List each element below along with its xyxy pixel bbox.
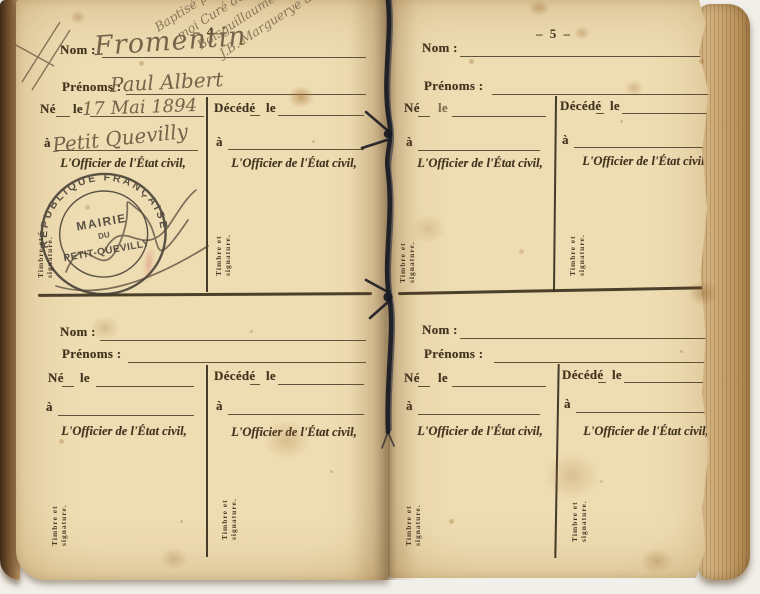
- label-officier: L'Officier de l'État civil,: [216, 425, 372, 440]
- label-officier: L'Officier de l'État civil,: [216, 156, 372, 171]
- page-number-right: – 5 –: [509, 26, 599, 42]
- label-officier: L'Officier de l'État civil,: [402, 156, 558, 171]
- thread-knot: [383, 292, 392, 301]
- form-line: [452, 386, 546, 387]
- label-timbre: Timbre et signature.: [220, 462, 238, 540]
- form-line: [228, 149, 364, 150]
- form-line: [460, 56, 708, 57]
- column-divider: [206, 365, 208, 557]
- label-timbre: Timbre et signature.: [570, 462, 588, 542]
- form-line: [62, 386, 74, 387]
- form-line: [250, 384, 260, 385]
- label-le: le: [266, 100, 276, 116]
- form-line: [492, 94, 708, 95]
- label-officier: L'Officier de l'État civil,: [570, 154, 720, 169]
- scanned-book-spread: – 4 – Nom : Prénoms : Né le à L'Officier…: [0, 0, 752, 584]
- label-a: à: [46, 399, 53, 415]
- form-line: [128, 362, 366, 363]
- label-timbre: Timbre et signature.: [404, 468, 422, 546]
- form-line: [494, 362, 708, 363]
- label-ne: Né: [48, 370, 64, 386]
- label-a: à: [564, 396, 571, 412]
- corner-pen-mark: [8, 16, 78, 96]
- form-line: [576, 412, 710, 413]
- label-officier: L'Officier de l'État civil,: [572, 424, 720, 439]
- handwritten-annotation: Baptisé par moi Curé de Boisguillaume J.…: [151, 0, 369, 84]
- label-le: le: [438, 100, 448, 116]
- form-line: [418, 150, 540, 151]
- form-line: [452, 116, 546, 117]
- label-timbre: Timbre et signature.: [50, 468, 68, 546]
- form-line: [574, 147, 710, 148]
- binding-thread: [352, 0, 424, 470]
- label-prenoms: Prénoms :: [424, 78, 483, 94]
- label-prenoms: Prénoms :: [62, 346, 121, 362]
- label-le: le: [612, 367, 622, 383]
- label-decede: Décédé: [214, 368, 256, 384]
- column-divider: [553, 96, 557, 292]
- label-officier: L'Officier de l'État civil,: [42, 424, 206, 439]
- officier-signature: [46, 150, 221, 300]
- form-line: [100, 340, 366, 341]
- section-rule: [398, 286, 728, 296]
- label-a: à: [216, 398, 223, 414]
- label-prenoms: Prénoms :: [424, 346, 483, 362]
- label-a: à: [562, 132, 569, 148]
- form-line: [622, 113, 710, 114]
- label-nom: Nom :: [60, 324, 96, 340]
- form-line: [228, 414, 364, 415]
- label-a: à: [44, 135, 51, 151]
- label-timbre: Timbre et signature.: [568, 198, 586, 276]
- label-a: à: [216, 134, 223, 150]
- label-nom: Nom :: [422, 322, 458, 338]
- page-left: – 4 – Nom : Prénoms : Né le à L'Officier…: [16, 0, 388, 580]
- label-decede: Décédé: [214, 100, 256, 116]
- column-divider: [554, 364, 559, 558]
- label-le: le: [438, 370, 448, 386]
- form-line: [96, 386, 194, 387]
- form-line: [624, 382, 710, 383]
- form-line: [598, 382, 606, 383]
- label-le: le: [266, 368, 276, 384]
- form-line: [250, 115, 260, 116]
- label-nom: Nom :: [422, 40, 458, 56]
- label-le: le: [80, 370, 90, 386]
- label-officier: L'Officier de l'État civil,: [402, 424, 558, 439]
- label-ne: Né: [40, 101, 56, 117]
- label-le: le: [610, 98, 620, 114]
- form-line: [460, 338, 708, 339]
- form-line: [58, 415, 194, 416]
- label-decede: Décédé: [562, 367, 604, 383]
- form-line: [596, 113, 604, 114]
- form-line: [418, 414, 540, 415]
- label-decede: Décédé: [560, 98, 602, 114]
- handwritten-birth-date: 17 Mai 1894: [82, 95, 198, 120]
- thread-knot: [384, 130, 392, 138]
- page-right: – 5 – Nom : Prénoms : Né le à L'Officier…: [388, 0, 712, 578]
- form-line: [56, 116, 70, 117]
